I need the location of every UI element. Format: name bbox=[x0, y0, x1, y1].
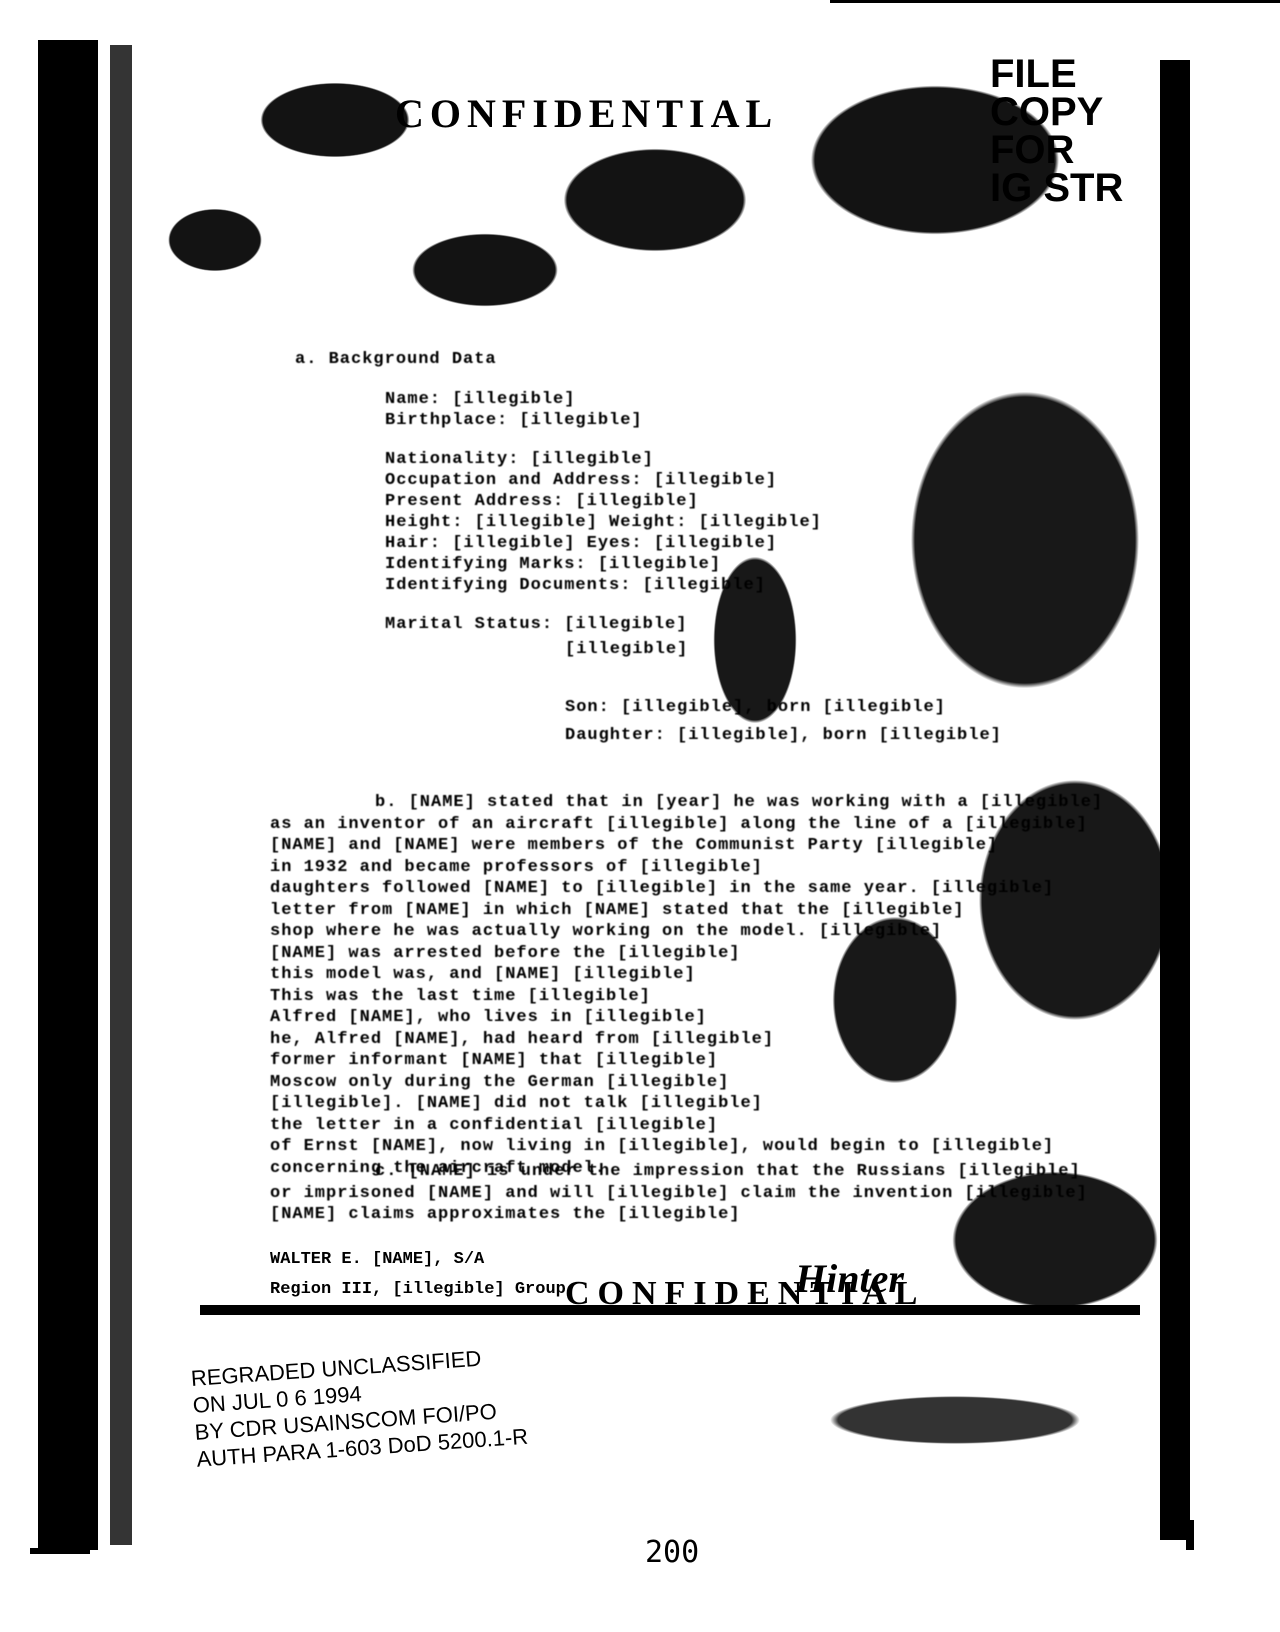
paragraph-b-line: the letter in a confidential [illegible] bbox=[270, 1116, 718, 1135]
scanned-page: CONFIDENTIAL FILE COPY FOR IG STR a. Bac… bbox=[135, 40, 1165, 1470]
paragraph-b-line: Moscow only during the German [illegible… bbox=[270, 1073, 729, 1092]
top-rule bbox=[830, 0, 1280, 3]
stamp-line: IG STR bbox=[990, 169, 1165, 207]
family-line: Daughter: [illegible], born [illegible] bbox=[565, 726, 1002, 745]
paragraph-b-line: Alfred [NAME], who lives in [illegible] bbox=[270, 1008, 707, 1027]
background-field: Present Address: [illegible] bbox=[385, 492, 699, 511]
paragraph-b-line: letter from [NAME] in which [NAME] state… bbox=[270, 901, 965, 920]
paragraph-b-line: of Ernst [NAME], now living in [illegibl… bbox=[270, 1137, 1054, 1156]
paragraph-c-line: or imprisoned [NAME] and will [illegible… bbox=[270, 1184, 1088, 1203]
paragraph-b-line: daughters followed [NAME] to [illegible]… bbox=[270, 879, 1054, 898]
background-field: Height: [illegible] Weight: [illegible] bbox=[385, 513, 822, 532]
stamp-line: FILE COPY bbox=[990, 55, 1165, 131]
background-field: Name: [illegible] bbox=[385, 390, 575, 409]
signature-name: WALTER E. [NAME], S/A bbox=[270, 1250, 484, 1269]
scan-left-shadow bbox=[110, 45, 132, 1545]
background-field: Occupation and Address: [illegible] bbox=[385, 471, 777, 490]
stamp-line: FOR bbox=[990, 131, 1165, 169]
paragraph-c-line: c. [NAME] is under the impression that t… bbox=[375, 1162, 1081, 1181]
paragraph-b-line: shop where he was actually working on th… bbox=[270, 922, 942, 941]
paragraph-b-line: as an inventor of an aircraft [illegible… bbox=[270, 815, 1088, 834]
paragraph-b-line: in 1932 and became professors of [illegi… bbox=[270, 858, 763, 877]
paragraph-c-line: [NAME] claims approximates the [illegibl… bbox=[270, 1205, 740, 1224]
declassification-stamp: REGRADED UNCLASSIFIED ON JUL 0 6 1994 BY… bbox=[190, 1342, 529, 1473]
section-heading: a. Background Data bbox=[295, 350, 497, 369]
family-line: Son: [illegible], born [illegible] bbox=[565, 698, 946, 717]
paragraph-b-line: former informant [NAME] that [illegible] bbox=[270, 1051, 718, 1070]
scan-corner-mark-right bbox=[1186, 1520, 1194, 1550]
background-field: Hair: [illegible] Eyes: [illegible] bbox=[385, 534, 777, 553]
page-number: 200 bbox=[645, 1535, 699, 1570]
scan-corner-mark bbox=[30, 1548, 90, 1554]
paragraph-b-line: [NAME] and [NAME] were members of the Co… bbox=[270, 836, 998, 855]
paragraph-b-line: This was the last time [illegible] bbox=[270, 987, 651, 1006]
paragraph-b-line: [illegible]. [NAME] did not talk [illegi… bbox=[270, 1094, 763, 1113]
signature-unit: Region III, [illegible] Group bbox=[270, 1280, 566, 1299]
family-line: [illegible] bbox=[565, 640, 688, 659]
scan-noise bbox=[575, 1370, 1165, 1470]
background-field: Identifying Documents: [illegible] bbox=[385, 576, 766, 595]
background-field: Identifying Marks: [illegible] bbox=[385, 555, 721, 574]
scan-noise bbox=[695, 340, 1165, 1390]
handwritten-signature: Hinter bbox=[795, 1255, 904, 1302]
file-copy-stamp: FILE COPY FOR IG STR bbox=[990, 55, 1165, 207]
paragraph-b-line: he, Alfred [NAME], had heard from [illeg… bbox=[270, 1030, 774, 1049]
background-field: Nationality: [illegible] bbox=[385, 450, 654, 469]
scan-left-edge bbox=[38, 40, 98, 1550]
marital-status: Marital Status: [illegible] bbox=[385, 615, 687, 634]
paragraph-b-line: [NAME] was arrested before the [illegibl… bbox=[270, 944, 740, 963]
paragraph-b-line: b. [NAME] stated that in [year] he was w… bbox=[375, 793, 1103, 812]
classification-header: CONFIDENTIAL bbox=[395, 90, 778, 137]
background-field: Birthplace: [illegible] bbox=[385, 411, 643, 430]
paragraph-b-line: this model was, and [NAME] [illegible] bbox=[270, 965, 696, 984]
